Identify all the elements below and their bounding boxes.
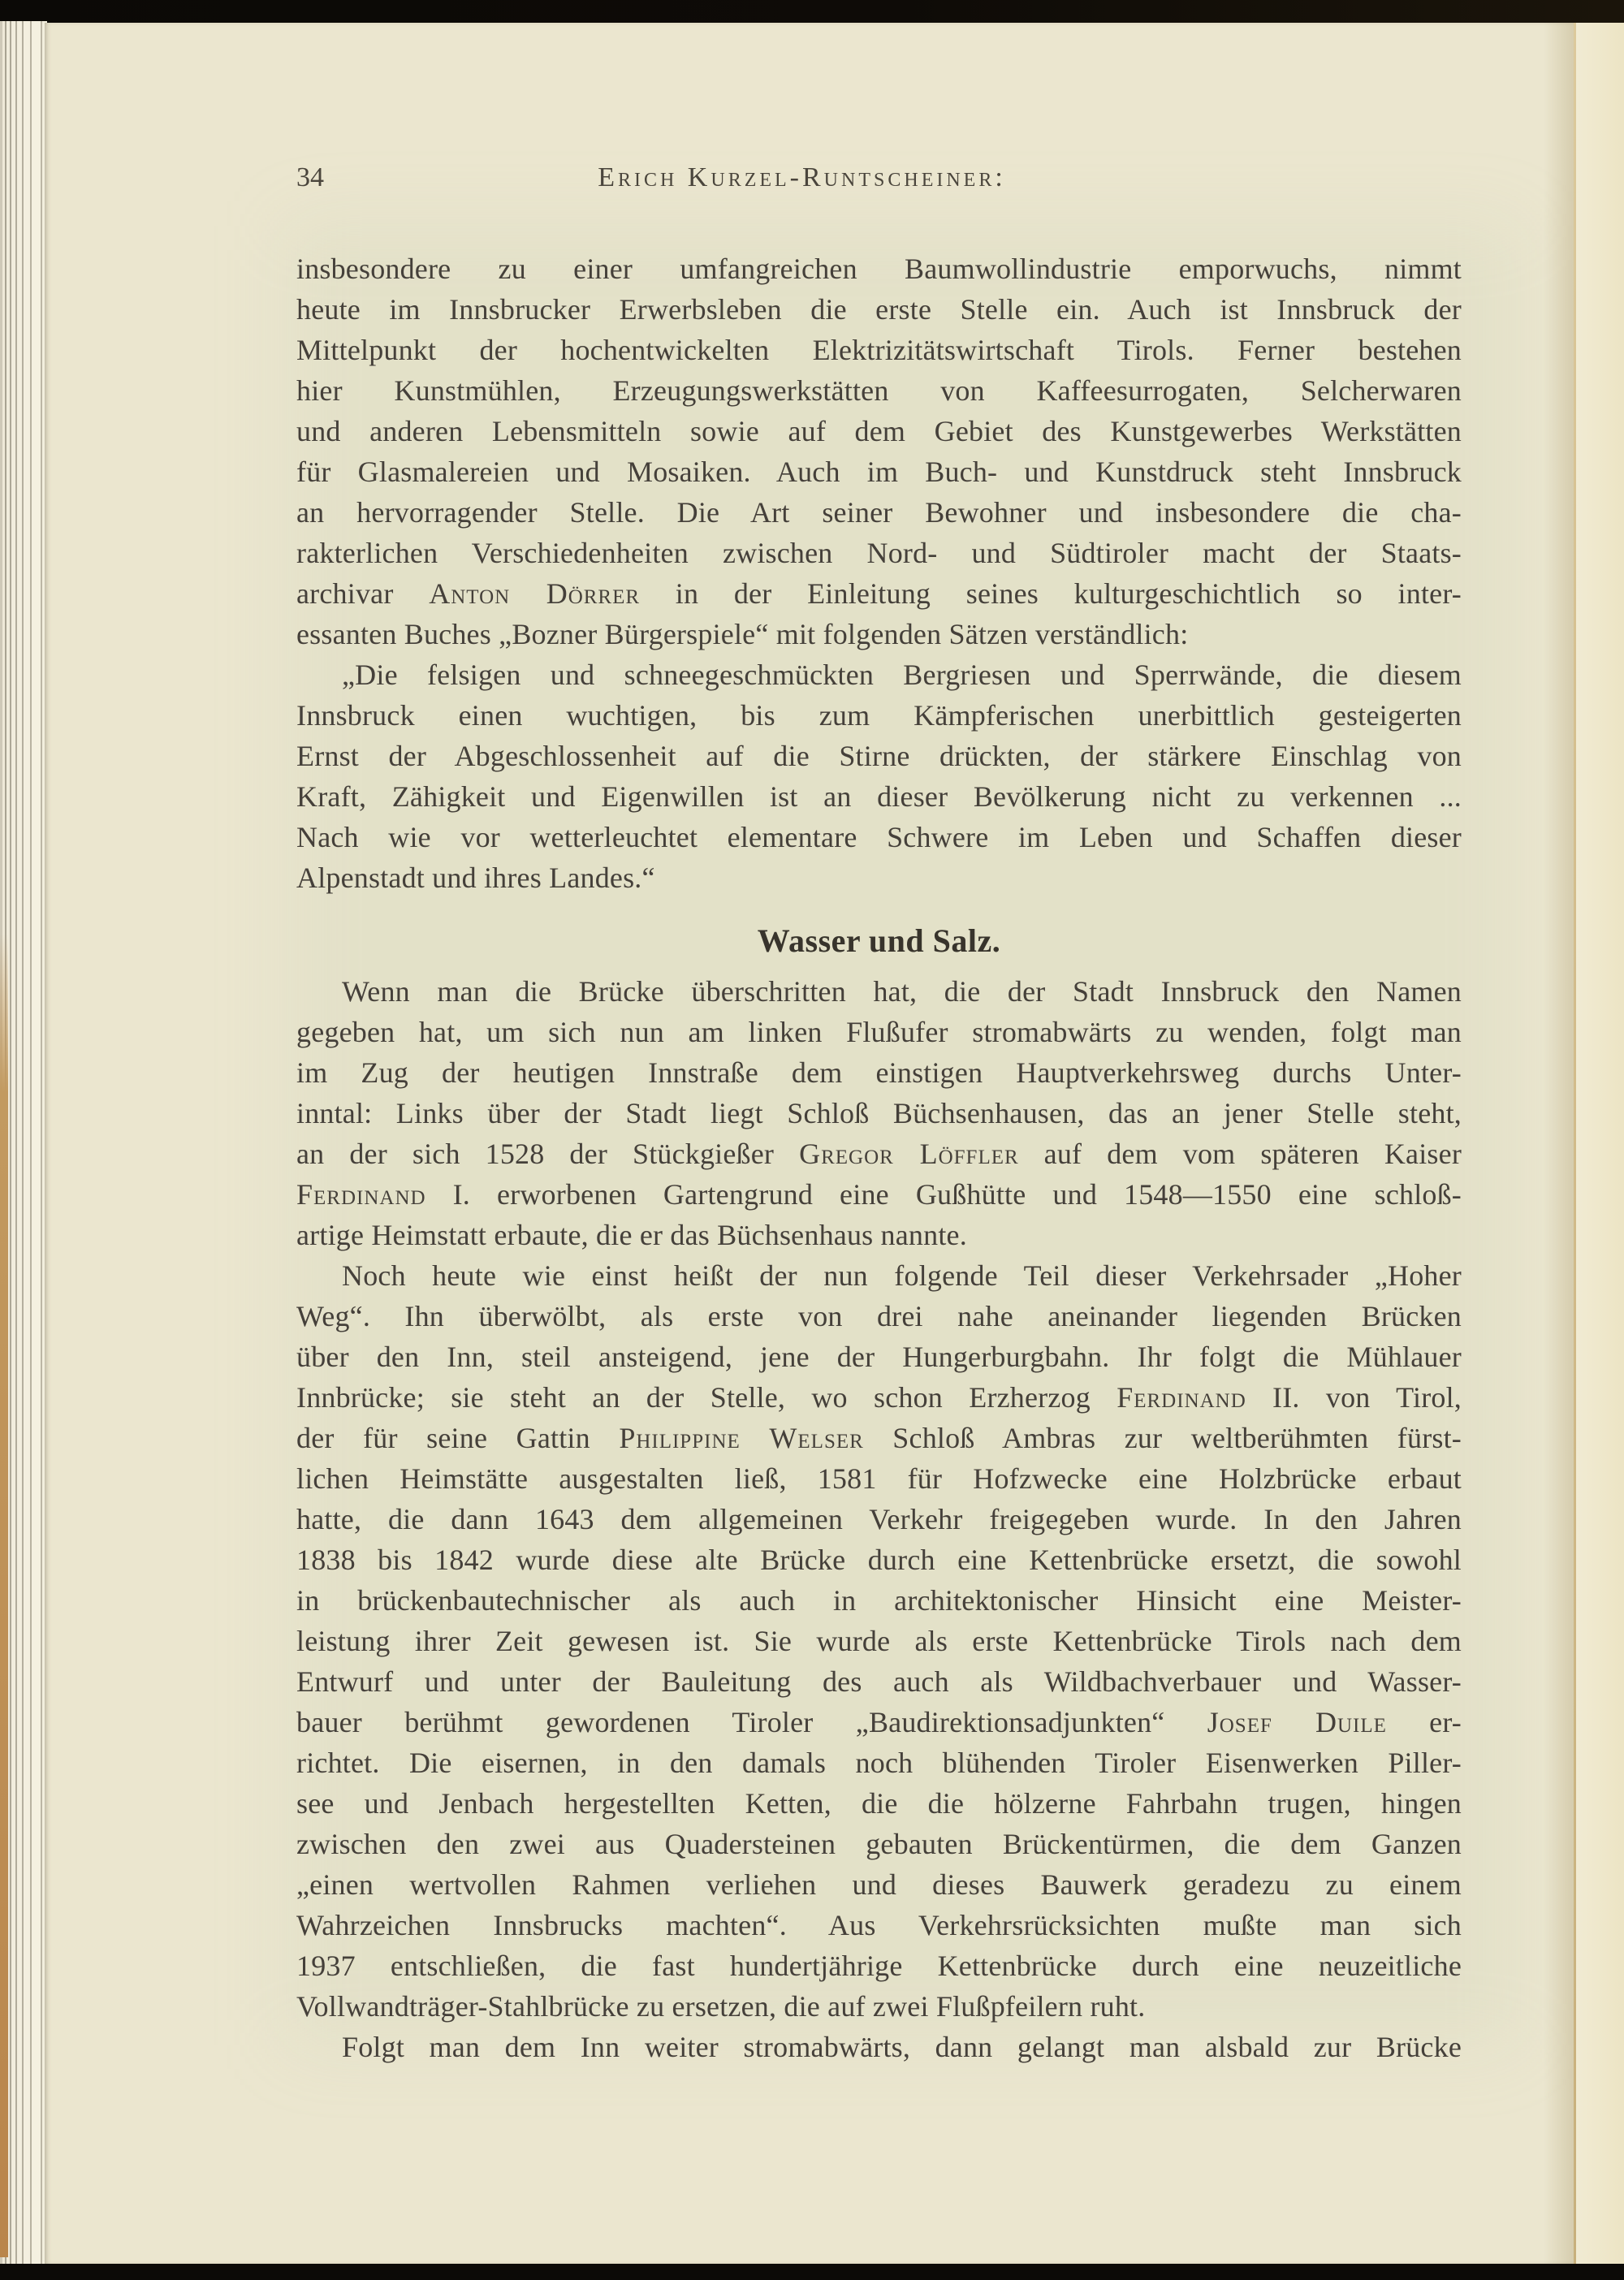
gutter-shadow [1544,23,1574,2264]
text-line: und anderen Lebensmitteln sowie auf dem … [296,411,1462,451]
small-caps-name: Philippine Welser [619,1422,863,1454]
text-line: Innbrücke; sie steht an der Stelle, wo s… [296,1377,1462,1418]
text-line: artige Heimstatt erbaute, die er das Büc… [296,1215,1462,1255]
text-line: Innsbruck einen wuchtigen, bis zum Kämpf… [296,695,1462,736]
text-line: Folgt man dem Inn weiter stromabwärts, d… [296,2027,1462,2067]
text-line: Entwurf und unter der Bauleitung des auc… [296,1661,1462,1702]
text-block: insbesondere zu einer umfangreichen Baum… [296,248,1462,2067]
text-line: Ferdinand I. erworbenen Gartengrund eine… [296,1174,1462,1215]
text-line: leistung ihrer Zeit gewesen ist. Sie wur… [296,1621,1462,1661]
scan-bottom-band [0,2264,1624,2280]
book-cover-edge [0,934,8,2257]
paragraph: insbesondere zu einer umfangreichen Baum… [296,248,1462,654]
text-line: im Zug der heutigen Innstraße dem einsti… [296,1052,1462,1093]
running-header-author: Erich Kurzel-Runtscheiner: [296,162,1307,193]
small-caps-name: Ferdinand [1116,1381,1246,1414]
text-line: über den Inn, steil ansteigend, jene der… [296,1336,1462,1377]
text-line: Mittelpunkt der hochentwickelten Elektri… [296,330,1462,370]
text-line: rakterlichen Verschiedenheiten zwischen … [296,533,1462,573]
book-scan: 34 Erich Kurzel-Runtscheiner: insbesonde… [0,0,1624,2280]
text-line: see und Jenbach hergestellten Ketten, di… [296,1783,1462,1824]
small-caps-name: Gregor Löffler [799,1138,1019,1170]
paragraph: Noch heute wie einst heißt der nun folge… [296,1255,1462,2027]
text-line: bauer berühmt gewordenen Tiroler „Baudir… [296,1702,1462,1742]
text-line: richtet. Die eisernen, in den damals noc… [296,1742,1462,1783]
gutter-area [1576,23,1624,2264]
text-line: Wenn man die Brücke überschritten hat, d… [296,971,1462,1012]
text-line: insbesondere zu einer umfangreichen Baum… [296,248,1462,289]
text-line: Noch heute wie einst heißt der nun folge… [296,1255,1462,1296]
text-line: Nach wie vor wetterleuchtet elementare S… [296,817,1462,857]
small-caps-name: Anton Dörrer [429,577,640,610]
text-line: inntal: Links über der Stadt liegt Schlo… [296,1093,1462,1134]
text-line: hier Kunstmühlen, Erzeugungswerkstätten … [296,370,1462,411]
scan-top-band [0,0,1624,23]
running-head: 34 Erich Kurzel-Runtscheiner: [296,162,1462,200]
gutter-crease [1574,23,1576,2264]
paragraph: Wenn man die Brücke überschritten hat, d… [296,971,1462,1255]
text-line: Kraft, Zähigkeit und Eigenwillen ist an … [296,776,1462,817]
text-line: zwischen den zwei aus Quadersteinen geba… [296,1824,1462,1864]
book-page: 34 Erich Kurzel-Runtscheiner: insbesonde… [45,23,1624,2264]
small-caps-name: Josef Duile [1207,1706,1387,1738]
text-line: 1838 bis 1842 wurde diese alte Brücke du… [296,1539,1462,1580]
text-line: Ernst der Abgeschlossenheit auf die Stir… [296,736,1462,776]
text-line: gegeben hat, um sich nun am linken Flußu… [296,1012,1462,1052]
text-line: „Die felsigen und schneegeschmückten Ber… [296,654,1462,695]
text-line: „einen wertvollen Rahmen verliehen und d… [296,1864,1462,1905]
paragraph: „Die felsigen und schneegeschmückten Ber… [296,654,1462,898]
text-line: 1937 entschließen, die fast hundertjähri… [296,1945,1462,1986]
text-line: hatte, die dann 1643 dem allgemeinen Ver… [296,1499,1462,1539]
text-line: an hervorragender Stelle. Die Art seiner… [296,492,1462,533]
text-line: Wahrzeichen Innsbrucks machten“. Aus Ver… [296,1905,1462,1945]
text-line: Vollwandträger-Stahlbrücke zu ersetzen, … [296,1986,1462,2027]
small-caps-name: Ferdinand [296,1178,426,1211]
text-line: der für seine Gattin Philippine Welser S… [296,1418,1462,1458]
text-line: essanten Buches „Bozner Bürgerspiele“ mi… [296,614,1462,654]
text-line: an der sich 1528 der Stückgießer Gregor … [296,1134,1462,1174]
section-heading: Wasser und Salz. [296,921,1462,961]
text-line: Alpenstadt und ihres Landes.“ [296,857,1462,898]
text-line: lichen Heimstätte ausgestalten ließ, 158… [296,1458,1462,1499]
text-line: Weg“. Ihn überwölbt, als erste von drei … [296,1296,1462,1336]
text-line: archivar Anton Dörrer in der Einleitung … [296,573,1462,614]
paragraph: Folgt man dem Inn weiter stromabwärts, d… [296,2027,1462,2067]
text-line: heute im Innsbrucker Erwerbsleben die er… [296,289,1462,330]
text-line: in brückenbautechnischer als auch in arc… [296,1580,1462,1621]
text-line: für Glasmalereien und Mosaiken. Auch im … [296,451,1462,492]
